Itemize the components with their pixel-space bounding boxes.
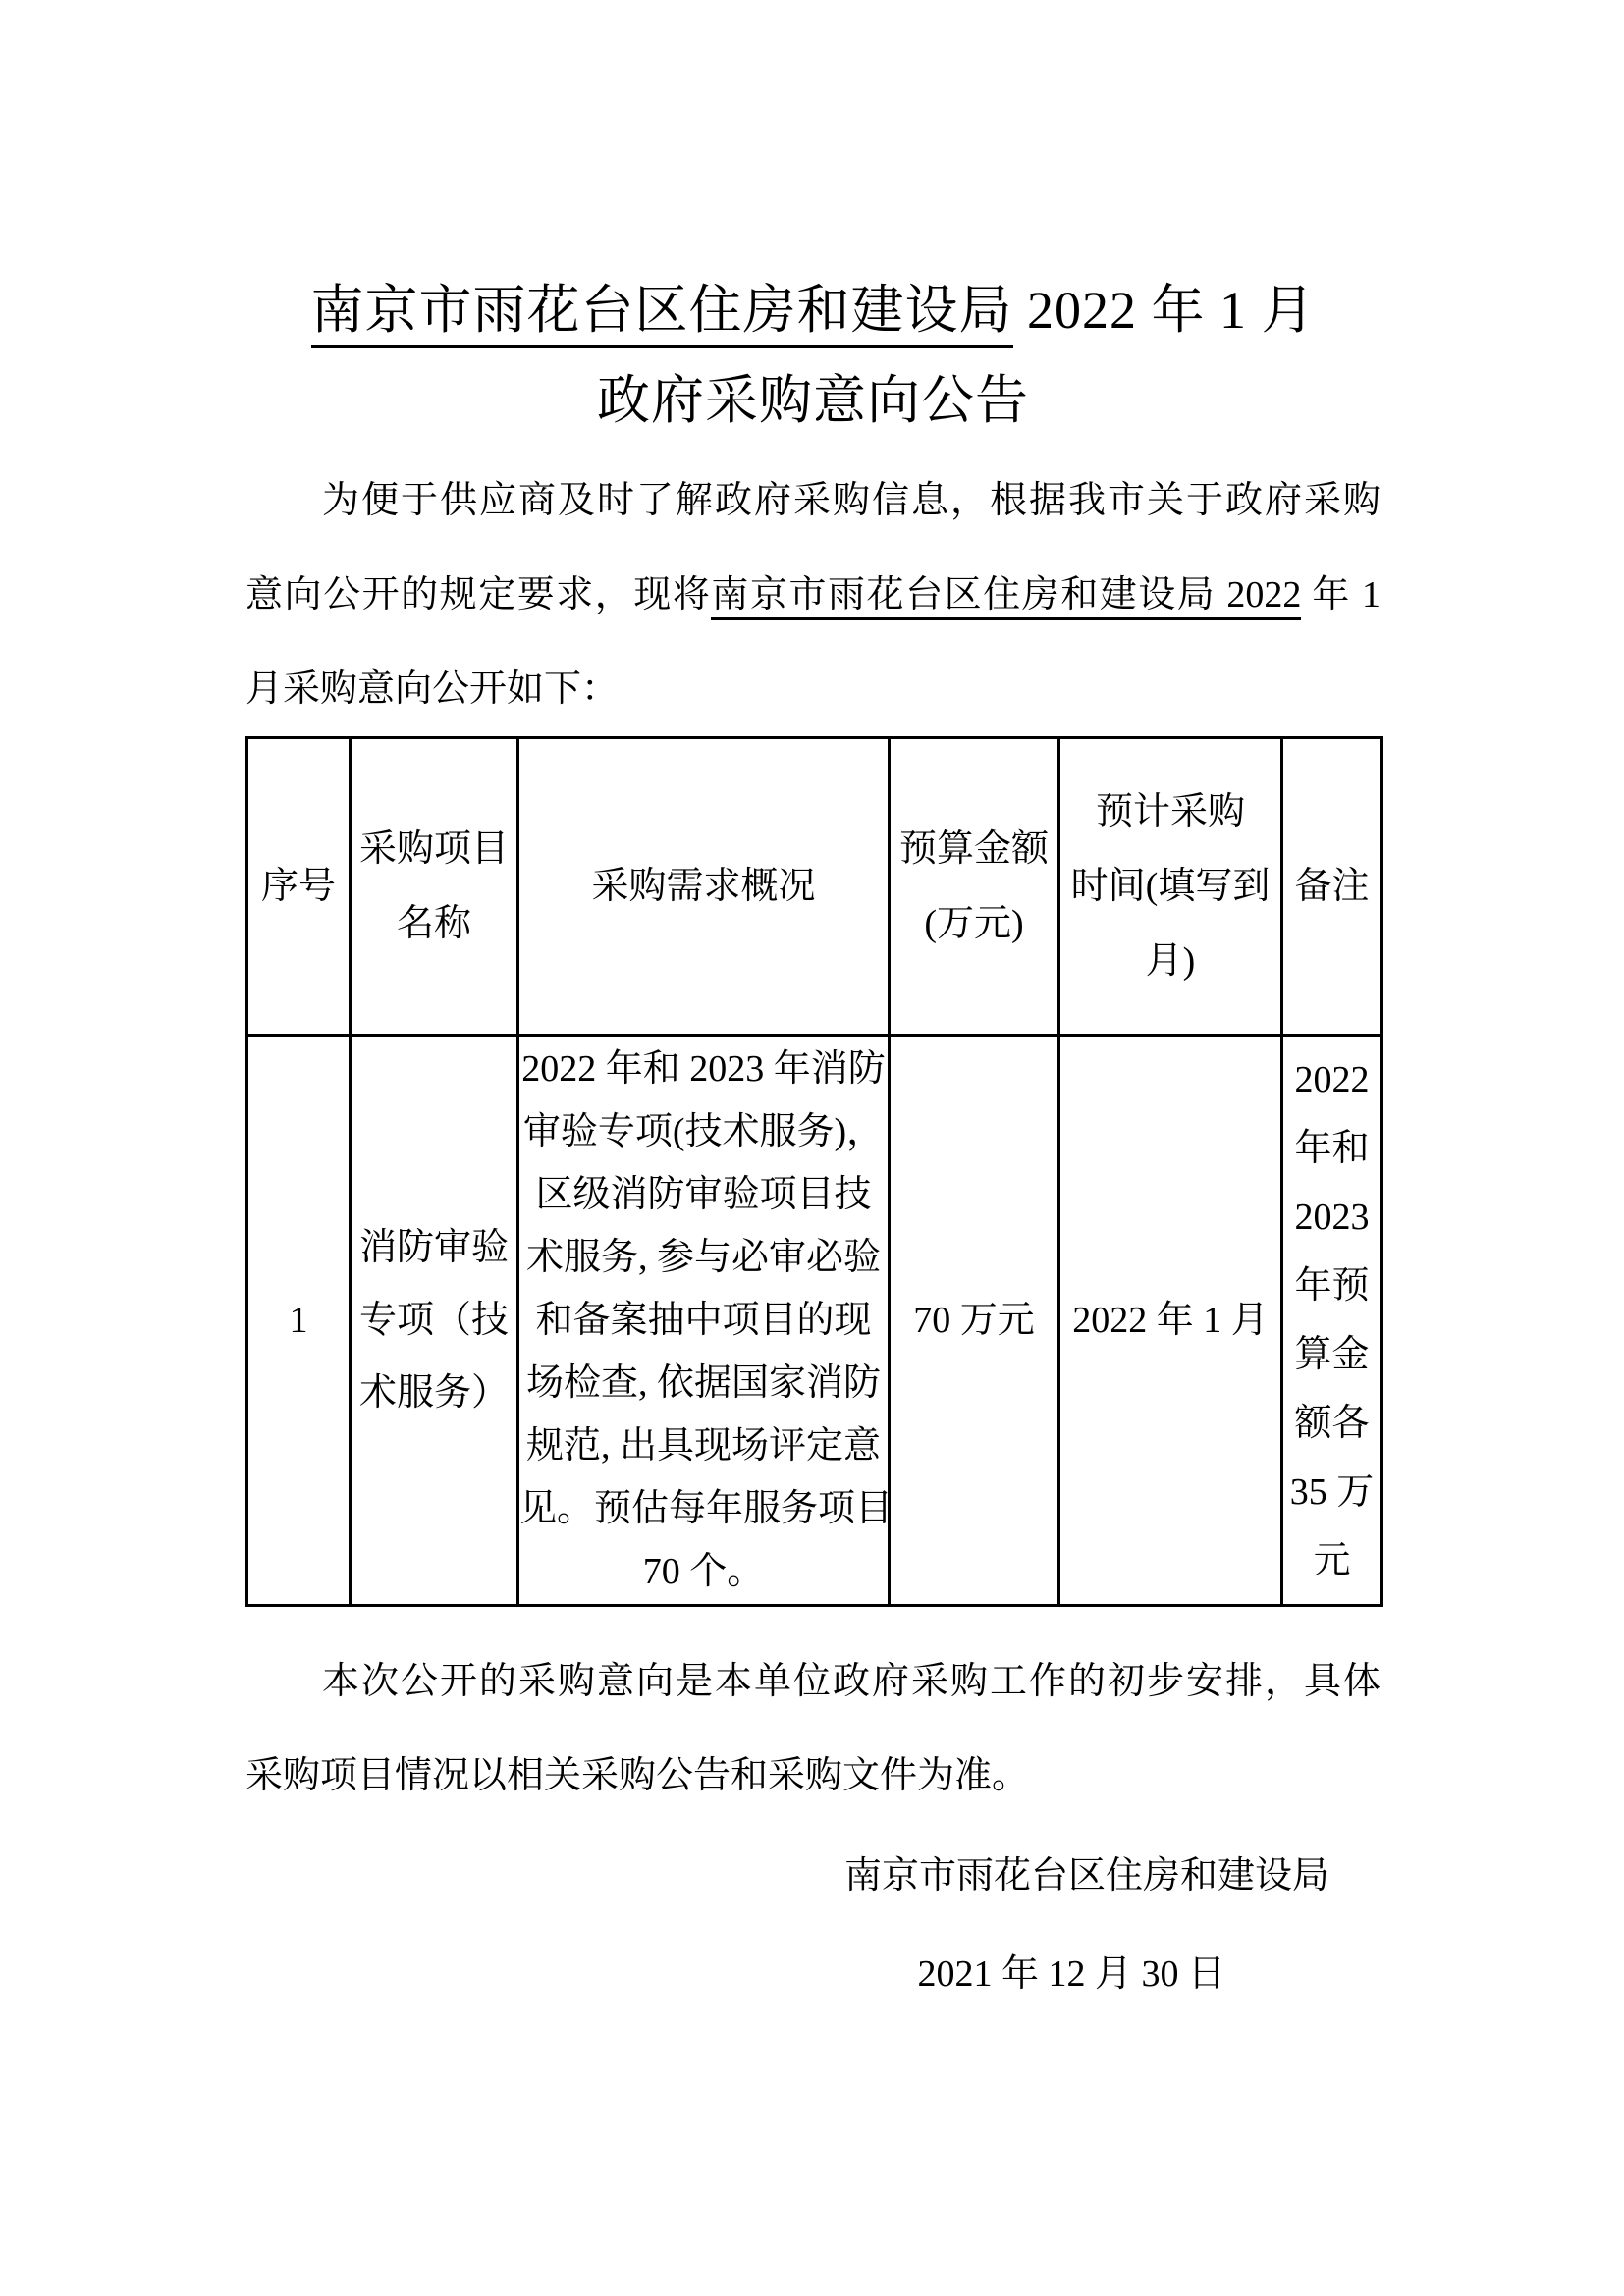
document-page: 南京市雨花台区住房和建设局 2022 年 1 月 政府采购意向公告 为便于供应商… (0, 0, 1624, 2296)
intro-paragraph: 为便于供应商及时了解政府采购信息，根据我市关于政府采购 意向公开的规定要求，现将… (245, 454, 1380, 736)
cell-demand-overview: 2022 年和 2023 年消防审验专项(技术服务)，区级消防审验项目技术服务,… (518, 1036, 890, 1606)
closing-paragraph: 本次公开的采购意向是本单位政府采购工作的初步安排，具体 采购项目情况以相关采购公… (245, 1634, 1380, 1823)
issuer-signature: 南京市雨花台区住房和建设局 (245, 1829, 1380, 1923)
cell-seq: 1 (247, 1036, 351, 1606)
closing-line-1: 本次公开的采购意向是本单位政府采购工作的初步安排，具体 (245, 1634, 1380, 1729)
closing-line-2: 采购项目情况以相关采购公告和采购文件为准。 (245, 1729, 1380, 1823)
table-header-row: 序号 采购项目名称 采购需求概况 预算金额(万元) 预计采购时间(填写到月) 备… (247, 738, 1382, 1036)
table-row: 1 消防审验专项（技术服务） 2022 年和 2023 年消防审验专项(技术服务… (247, 1036, 1382, 1606)
cell-expected-time: 2022 年 1 月 (1059, 1036, 1282, 1606)
cell-remark: 2022年和2023年预算金额各35 万元 (1282, 1036, 1382, 1606)
col-header-expected-time: 预计采购时间(填写到月) (1059, 738, 1282, 1036)
intro-line-2: 意向公开的规定要求，现将南京市雨花台区住房和建设局 2022 年 1 (245, 548, 1380, 642)
cell-budget: 70 万元 (890, 1036, 1059, 1606)
title-line-2: 政府采购意向公告 (245, 355, 1380, 446)
intro-line-1: 为便于供应商及时了解政府采购信息，根据我市关于政府采购 (245, 454, 1380, 548)
title-date-segment: 2022 年 1 月 (1013, 281, 1316, 340)
intro-line-2-pre: 意向公开的规定要求，现将 (245, 574, 711, 615)
col-header-budget: 预算金额(万元) (890, 738, 1059, 1036)
cell-project-name: 消防审验专项（技术服务） (351, 1036, 518, 1606)
col-header-seq: 序号 (247, 738, 351, 1036)
document-title: 南京市雨花台区住房和建设局 2022 年 1 月 政府采购意向公告 (245, 265, 1380, 446)
col-header-project-name: 采购项目名称 (351, 738, 518, 1036)
title-line-1: 南京市雨花台区住房和建设局 2022 年 1 月 (245, 265, 1380, 355)
procurement-intent-table: 序号 采购项目名称 采购需求概况 预算金额(万元) 预计采购时间(填写到月) 备… (245, 736, 1383, 1607)
issue-date: 2021 年 12 月 30 日 (245, 1927, 1380, 2021)
col-header-demand-overview: 采购需求概况 (518, 738, 890, 1036)
intro-underlined-segment: 南京市雨花台区住房和建设局 2022 (711, 574, 1301, 620)
intro-line-2-post: 年 1 (1301, 574, 1380, 615)
title-underlined-segment: 南京市雨花台区住房和建设局 (311, 281, 1013, 348)
intro-line-3: 月采购意向公开如下： (245, 642, 1380, 736)
col-header-remark: 备注 (1282, 738, 1382, 1036)
